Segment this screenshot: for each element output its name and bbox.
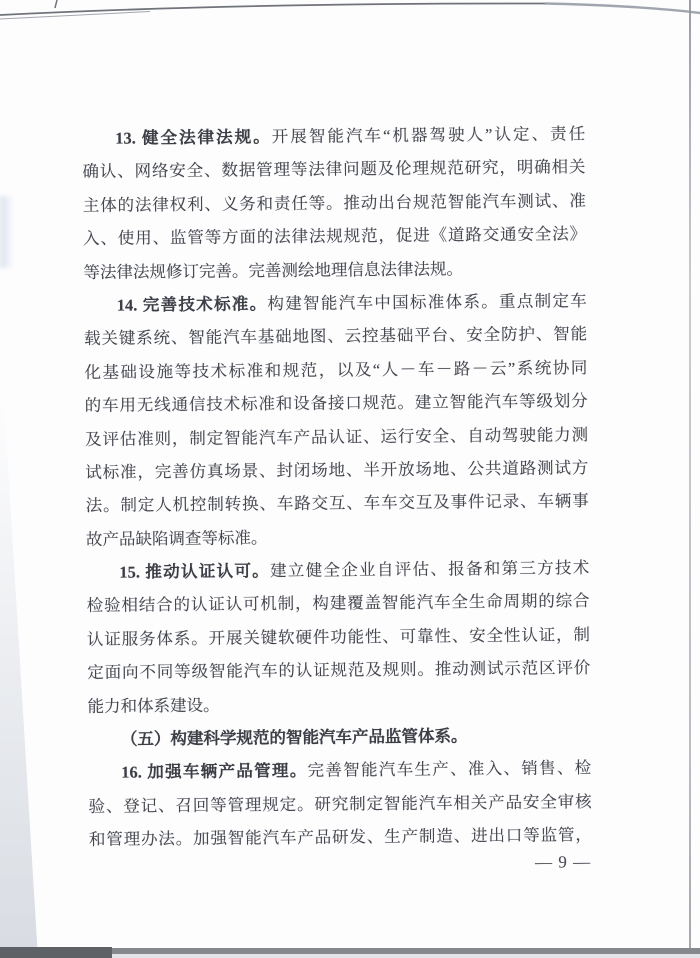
document-line: 14. 完善技术标准。构建智能汽车中国标准体系。重点制定车 xyxy=(84,284,587,322)
bold-text-segment: 15. 推动认证认可。 xyxy=(119,561,270,581)
text-segment: 验、登记、召回等管理规定。研究制定智能汽车相关产品安全审核 xyxy=(88,792,591,816)
text-segment: 能力和体系建设。 xyxy=(88,695,220,715)
document-line: 确认、网络安全、数据管理等法律问题及伦理规范研究，明确相关 xyxy=(82,151,585,189)
document-line: 法。制定人机控制转换、车路交互、车车交互及事件记录、车辆事 xyxy=(86,484,589,522)
text-segment: 和管理办法。加强智能汽车产品研发、生产制造、进出口等监管， xyxy=(89,825,592,849)
scan-right-page-edge xyxy=(689,0,691,950)
document-line: 定面向不同等级智能汽车的认证规范及规则。推动测试示范区评价 xyxy=(87,651,590,689)
scan-left-page-edge-shadow xyxy=(0,400,38,958)
document-line: 15. 推动认证认可。建立健全企业自评估、报备和第三方技术 xyxy=(86,551,589,589)
document-line: 等法律法规修订完善。完善测绘地理信息法律法规。 xyxy=(83,251,586,289)
text-segment: 及评估准则，制定智能汽车产品认证、运行安全、自动驾驶能力测 xyxy=(85,425,588,449)
document-line: 及评估准则，制定智能汽车产品认证、运行安全、自动驾驶能力测 xyxy=(85,418,588,456)
text-segment: 建立健全企业自评估、报备和第三方技术 xyxy=(270,558,589,580)
document-line: 13. 健全法律法规。开展智能汽车“机器驾驶人”认定、责任 xyxy=(82,117,585,155)
text-segment: 法。制定人机控制转换、车路交互、车车交互及事件记录、车辆事 xyxy=(86,491,589,515)
text-segment: 开展智能汽车“机器驾驶人”认定、责任 xyxy=(272,124,586,146)
document-line: 主体的法律权利、义务和责任等。推动出台规范智能汽车测试、准 xyxy=(83,184,586,222)
text-segment: 的车用无线通信技术标准和设备接口规范。建立智能汽车等级划分 xyxy=(85,391,588,415)
document-line: 和管理办法。加强智能汽车产品研发、生产制造、进出口等监管， xyxy=(89,818,592,856)
document-text: 13. 健全法律法规。开展智能汽车“机器驾驶人”认定、责任确认、网络安全、数据管… xyxy=(82,117,592,882)
document-line: 的车用无线通信技术标准和设备接口规范。建立智能汽车等级划分 xyxy=(85,384,588,422)
scan-smudge xyxy=(0,196,14,268)
text-segment: 入、使用、监管等方面的法律法规规范，促进《道路交通安全法》 xyxy=(83,224,586,248)
text-segment: 试标准，完善仿真场景、封闭场地、半开放场地、公共道路测试方 xyxy=(85,458,588,482)
text-segment: 检验相结合的认证认可机制，构建覆盖智能汽车全生命周期的综合 xyxy=(87,592,590,616)
document-line: 试标准，完善仿真场景、封闭场地、半开放场地、公共道路测试方 xyxy=(85,451,588,489)
scan-bottom-edge-left xyxy=(0,947,112,958)
section-heading: （五）构建科学规范的智能汽车产品监管体系。 xyxy=(88,718,591,756)
document-line: 检验相结合的认证认可机制，构建覆盖智能汽车全生命周期的综合 xyxy=(86,585,589,623)
bold-text-segment: 13. 健全法律法规。 xyxy=(115,127,272,148)
text-segment: 故产品缺陷调查等标准。 xyxy=(86,528,268,549)
text-segment: 等法律法规修订完善。完善测绘地理信息法律法规。 xyxy=(83,259,463,282)
scan-top-edge-artifact xyxy=(0,0,700,34)
document-line: 载关键系统、智能汽车基础地图、云控基础平台、安全防护、智能 xyxy=(84,318,587,356)
text-segment: 载关键系统、智能汽车基础地图、云控基础平台、安全防护、智能 xyxy=(84,325,587,349)
document-line: 能力和体系建设。 xyxy=(87,685,590,723)
text-segment: 确认、网络安全、数据管理等法律问题及伦理规范研究，明确相关 xyxy=(82,158,585,182)
text-segment: 完善智能汽车生产、准入、销售、检 xyxy=(308,759,592,781)
text-segment: 认证服务体系。开展关键软硬件功能性、可靠性、安全性认证，制 xyxy=(87,625,590,649)
document-line: 故产品缺陷调查等标准。 xyxy=(86,518,589,556)
document-line: 16. 加强车辆产品管理。完善智能汽车生产、准入、销售、检 xyxy=(88,752,591,790)
bold-text-segment: （五）构建科学规范的智能汽车产品监管体系。 xyxy=(121,726,468,748)
text-segment: 构建智能汽车中国标准体系。重点制定车 xyxy=(267,291,586,313)
document-line: 验、登记、召回等管理规定。研究制定智能汽车相关产品安全审核 xyxy=(88,785,591,823)
bold-text-segment: 16. 加强车辆产品管理。 xyxy=(121,761,308,782)
document-line: 认证服务体系。开展关键软硬件功能性、可靠性、安全性认证，制 xyxy=(87,618,590,656)
text-segment: 定面向不同等级智能汽车的认证规范及规则。推动测试示范区评价 xyxy=(87,658,590,682)
text-segment: 主体的法律权利、义务和责任等。推动出台规范智能汽车测试、准 xyxy=(83,191,586,215)
text-segment: 化基础设施等技术标准和规范，以及“人－车－路－云”系统协同 xyxy=(84,358,587,382)
document-line: 化基础设施等技术标准和规范，以及“人－车－路－云”系统协同 xyxy=(84,351,587,389)
scanned-document-page: 13. 健全法律法规。开展智能汽车“机器驾驶人”认定、责任确认、网络安全、数据管… xyxy=(0,0,700,958)
document-lines: 13. 健全法律法规。开展智能汽车“机器驾驶人”认定、责任确认、网络安全、数据管… xyxy=(82,117,592,856)
bold-text-segment: 14. 完善技术标准。 xyxy=(117,294,268,314)
document-line: 入、使用、监管等方面的法律法规规范，促进《道路交通安全法》 xyxy=(83,217,586,255)
